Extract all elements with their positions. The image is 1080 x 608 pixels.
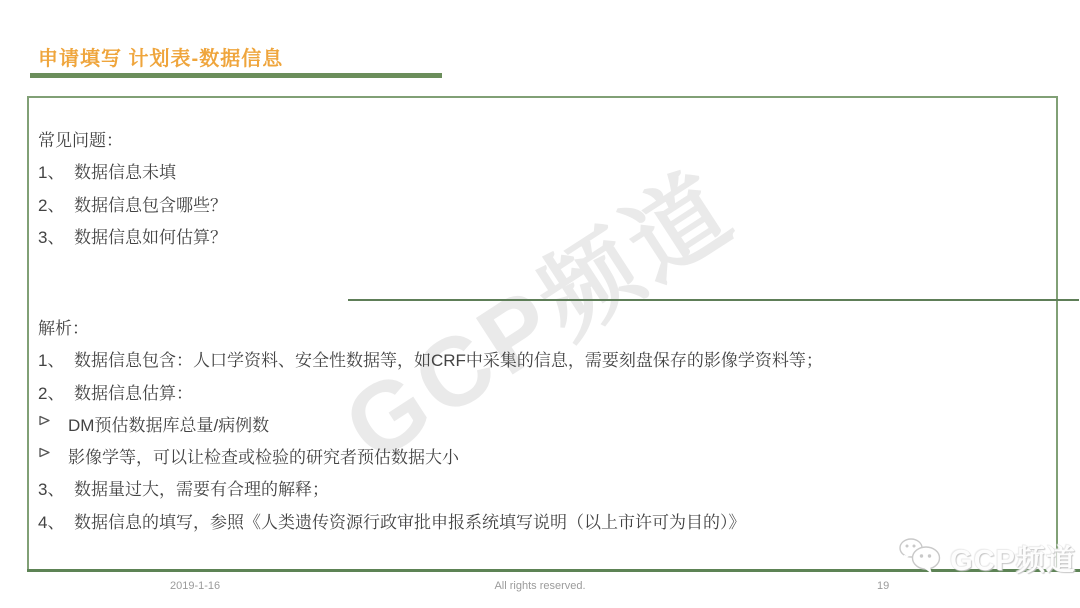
list-item: 2、数据信息估算： [38, 379, 1060, 411]
list-item-text: DM预估数据库总量/病例数 [68, 411, 269, 436]
page-title: 申请填写 计划表-数据信息 [38, 42, 283, 71]
list-item-number: 2、 [38, 191, 74, 216]
list-item-number: 3、 [38, 475, 74, 500]
list-item: 2、数据信息包含哪些？ [38, 191, 1060, 223]
list-item: 1、数据信息包含：人口学资料、安全性数据等，如CRF中采集的信息，需要刻盘保存的… [38, 346, 1060, 378]
list-item-text: 数据信息如何估算？ [74, 223, 227, 248]
list-item: 影像学等，可以让检查或检验的研究者预估数据大小 [38, 443, 1060, 475]
list-item-number: 3、 [38, 223, 74, 248]
section-divider-line [348, 299, 1079, 301]
list-item-number: 1、 [38, 346, 74, 371]
list-item-text: 数据信息估算： [74, 379, 193, 404]
arrow-bullet-icon [38, 443, 68, 459]
list-item-number: 4、 [38, 508, 74, 533]
list-item: DM预估数据库总量/病例数 [38, 411, 1060, 443]
list-item: 1、数据信息未填 [38, 158, 1060, 190]
brand-logo: GCP频道 [898, 536, 1076, 580]
list-item-text: 数据量过大，需要有合理的解释； [74, 475, 329, 500]
list-item: 3、数据信息如何估算？ [38, 223, 1060, 255]
list-item-text: 数据信息的填写，参照《人类遗传资源行政审批申报系统填写说明（以上市许可为目的）》 [74, 508, 746, 533]
analysis-section: 解析： 1、数据信息包含：人口学资料、安全性数据等，如CRF中采集的信息，需要刻… [38, 314, 1060, 540]
slide: GCP频道 申请填写 计划表-数据信息 常见问题： 1、数据信息未填2、数据信息… [0, 0, 1080, 608]
list-item: 3、数据量过大，需要有合理的解释； [38, 475, 1060, 507]
wechat-bubbles-icon [898, 536, 944, 581]
footer-rights: All rights reserved. [0, 580, 1080, 592]
brand-logo-text: GCP频道 [950, 538, 1076, 579]
arrow-bullet-icon [38, 411, 68, 427]
list-item-text: 影像学等，可以让检查或检验的研究者预估数据大小 [68, 443, 459, 468]
list-item-number: 2、 [38, 379, 74, 404]
list-item-text: 数据信息未填 [74, 158, 176, 183]
analysis-heading: 解析： [38, 314, 1060, 346]
footer-page-number: 19 [877, 580, 889, 592]
questions-section: 常见问题： 1、数据信息未填2、数据信息包含哪些？3、数据信息如何估算？ [38, 126, 1060, 255]
list-item-text: 数据信息包含哪些？ [74, 191, 227, 216]
list-item-number: 1、 [38, 158, 74, 183]
title-underline [30, 73, 442, 78]
questions-heading: 常见问题： [38, 126, 1060, 158]
list-item-text: 数据信息包含：人口学资料、安全性数据等，如CRF中采集的信息，需要刻盘保存的影像… [74, 346, 823, 371]
